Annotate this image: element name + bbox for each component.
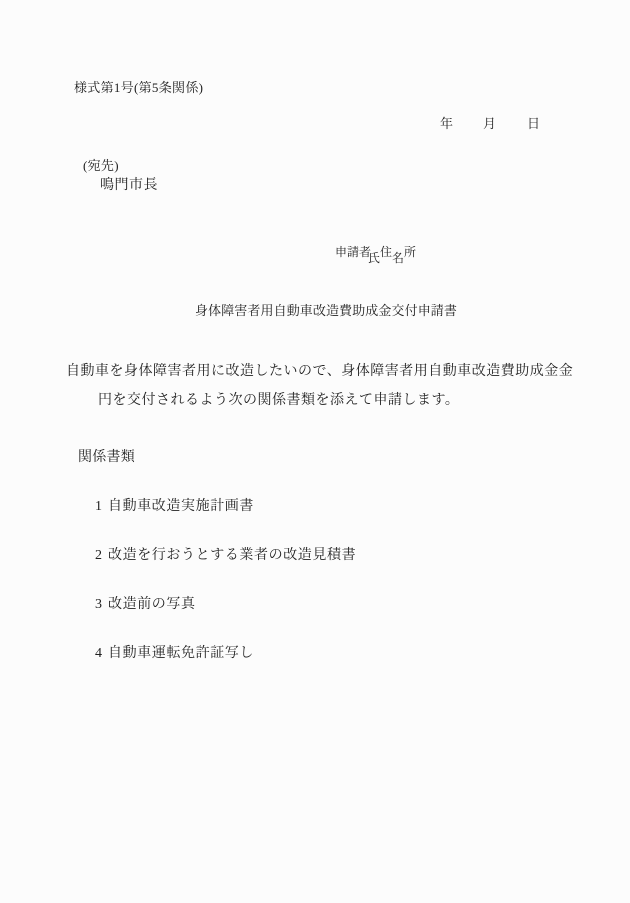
date-month-label: 月 bbox=[483, 117, 496, 130]
list-item: 1自動車改造実施計画書 bbox=[95, 496, 356, 517]
applicant-name-label: 氏 名 bbox=[368, 252, 404, 264]
list-item-label: 自動車運転免許証写し bbox=[108, 646, 254, 661]
addressee-name: 鳴門市長 bbox=[100, 179, 158, 193]
form-number: 様式第1号(第5条関係) bbox=[74, 81, 203, 94]
list-item: 3改造前の写真 bbox=[95, 594, 356, 615]
body-text-line-1: 自動車を身体障害者用に改造したいので、身体障害者用自動車改造費助成金金 bbox=[66, 365, 573, 379]
document-title: 身体障害者用自動車改造費助成金交付申請書 bbox=[195, 304, 457, 317]
body-text-line-2: 円を交付されるよう次の関係書類を添えて申請します。 bbox=[98, 394, 459, 408]
document-page: 様式第1号(第5条関係) 年 月 日 (宛先) 鳴門市長 申請者住 所 氏 名 … bbox=[0, 0, 630, 903]
addressee-label: (宛先) bbox=[83, 159, 119, 172]
list-item-label: 自動車改造実施計画書 bbox=[108, 499, 254, 514]
attachments-list: 1自動車改造実施計画書 2改造を行おうとする業者の改造見積書 3改造前の写真 4… bbox=[95, 468, 356, 692]
list-item-label: 改造前の写真 bbox=[108, 597, 196, 612]
date-year-label: 年 bbox=[440, 117, 453, 130]
list-item-number: 2 bbox=[95, 549, 108, 563]
list-item: 4自動車運転免許証写し bbox=[95, 643, 356, 664]
list-item-number: 3 bbox=[95, 598, 108, 612]
list-item-number: 4 bbox=[95, 647, 108, 661]
date-day-label: 日 bbox=[527, 117, 540, 130]
applicant-label: 申請者 bbox=[335, 245, 371, 259]
list-item-label: 改造を行おうとする業者の改造見積書 bbox=[108, 548, 356, 563]
attachments-heading: 関係書類 bbox=[78, 451, 135, 465]
list-item-number: 1 bbox=[95, 500, 108, 514]
list-item: 2改造を行おうとする業者の改造見積書 bbox=[95, 545, 356, 566]
